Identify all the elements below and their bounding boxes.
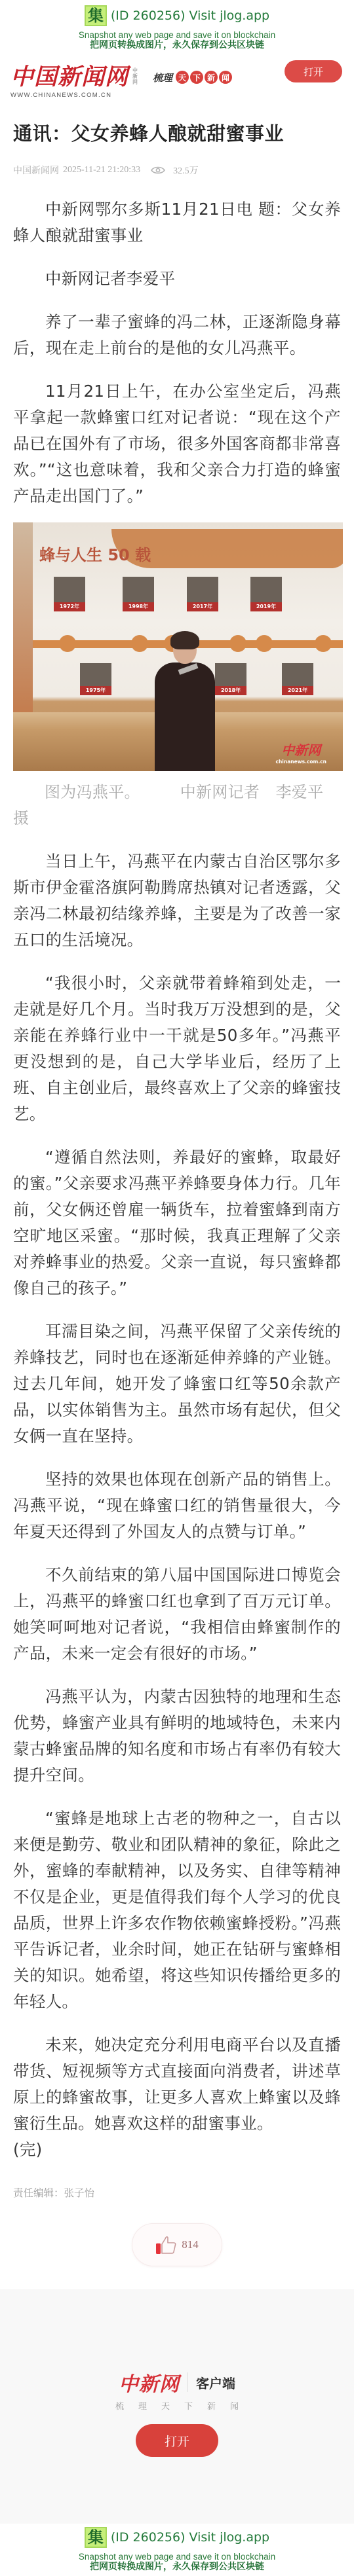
paragraph: “蜜蜂是地球上古老的物种之一，自古以来便是勤劳、敬业和团队精神的象征，除此之外，…: [13, 1805, 341, 2015]
jlog-banner-subtitle-en: Snapshot any web page and save it on blo…: [0, 2552, 354, 2562]
like-count: 814: [182, 2238, 199, 2251]
paragraph: 11月21日上午，在办公室坐定后，冯燕平拿起一款蜂蜜口红对记者说：“现在这个产品…: [13, 378, 341, 509]
open-app-button-header[interactable]: 打开: [285, 60, 342, 82]
paragraph: “我很小时，父亲就带着蜂箱到处走，一走就是好几个月。当时我万万没想到的是，父亲能…: [13, 970, 341, 1127]
jlog-bottom-banner[interactable]: 集 (ID 260256) Visit jlog.app Snapshot an…: [0, 2524, 354, 2576]
jlog-banner-subtitle-cn: 把网页转换成图片，永久保存到公共区块链: [0, 2562, 354, 2573]
jlog-top-banner[interactable]: 集 (ID 260256) Visit jlog.app Snapshot an…: [0, 0, 354, 56]
chinanews-logo[interactable]: 中国新闻网 中 新 网 WWW.CHINANEWS.COM.CN: [10, 65, 138, 99]
app-slogan: 梳 理 天 下 新 闻: [0, 2399, 354, 2412]
article-meta: 中国新闻网 2025-11-21 21:20:33 32.5万: [13, 164, 341, 177]
open-app-button-footer[interactable]: 打开: [136, 2424, 218, 2457]
logo-url: WWW.CHINANEWS.COM.CN: [10, 92, 138, 99]
paragraph: 养了一辈子蜜蜂的冯二林，正逐渐隐身幕后，现在走上前台的是他的女儿冯燕平。: [13, 309, 341, 361]
photo-watermark: 中新网 chinanews.com.cn: [276, 740, 326, 765]
article-source: 中国新闻网: [13, 164, 59, 177]
divider: [187, 2372, 188, 2392]
paragraph: “遵循自然法则，养最好的蜜蜂，取最好的蜜。”父亲要求冯燕平养蜂要身体力行。几年前…: [13, 1144, 341, 1301]
photo-caption: 图为冯燕平。 中新网记者 李爱平 摄: [13, 779, 341, 831]
paragraph: 冯燕平认为，内蒙古因独特的地理和生态优势，蜂蜜产业具有鲜明的地域特色，未来内蒙古…: [13, 1684, 341, 1788]
paragraph: 当日上午，冯燕平在内蒙古自治区鄂尔多斯市伊金霍洛旗阿勒腾席热镇对记者透露，父亲冯…: [13, 848, 341, 953]
site-header: 中国新闻网 中 新 网 WWW.CHINANEWS.COM.CN 梳理 天 下 …: [0, 56, 354, 107]
app-client-label: 客户端: [196, 2373, 235, 2392]
slogan-circle: 闻: [219, 71, 232, 84]
header-slogan: 梳理 天 下 新 闻: [153, 71, 232, 84]
app-logo: 中新网: [119, 2368, 180, 2397]
slogan-script: 梳理: [153, 71, 172, 84]
slogan-circle: 天: [176, 71, 189, 84]
paragraph: 中新网记者李爱平: [13, 266, 341, 292]
eye-icon: [151, 166, 165, 175]
jlog-banner-subtitle-en: Snapshot any web page and save it on blo…: [0, 30, 354, 40]
logo-wordmark: 中国新闻网: [10, 65, 128, 90]
paragraph: 不久前结束的第八届中国国际进口博览会上，冯燕平的蜂蜜口红也拿到了百万元订单。她笑…: [13, 1562, 341, 1667]
view-count: 32.5万: [173, 164, 199, 177]
article-title: 通讯：父女养蜂人酿就甜蜜事业: [13, 120, 341, 147]
like-button[interactable]: 814: [132, 2223, 222, 2266]
jlog-banner-title[interactable]: (ID 260256) Visit jlog.app: [111, 9, 269, 23]
paragraph: 未来，她决定充分利用电商平台以及直播带货、短视频等方式直接面向消费者，讲述草原上…: [13, 2032, 341, 2137]
jlog-banner-subtitle-cn: 把网页转换成图片，永久保存到公共区块链: [0, 40, 354, 51]
article-photo[interactable]: 蜂与人生 50 载 1972年 1998年 2017年 2019年 1975年 …: [13, 522, 343, 771]
logo-side-text: 中 新 网: [132, 67, 138, 85]
photo-wall-heading: 蜂与人生 50 载: [39, 542, 151, 565]
article: 通讯：父女养蜂人酿就甜蜜事业 中国新闻网 2025-11-21 21:20:33…: [0, 120, 354, 2289]
paragraph: 坚持的效果也体现在创新产品的销售上。冯燕平说，“现在蜂蜜口红的销售量很大，今年夏…: [13, 1466, 341, 1545]
app-brand: 中新网 客户端: [0, 2368, 354, 2397]
slogan-circle: 新: [205, 71, 218, 84]
jlog-banner-title[interactable]: (ID 260256) Visit jlog.app: [111, 2530, 269, 2545]
paragraph: 耳濡目染之间，冯燕平保留了父亲传统的养蜂技艺，同时也在逐渐延伸养蜂的产业链。过去…: [13, 1318, 341, 1449]
jlog-logo-icon: 集: [85, 5, 107, 26]
app-download-footer: 中新网 客户端 梳 理 天 下 新 闻 打开: [0, 2289, 354, 2524]
thumbs-up-icon: [155, 2235, 176, 2255]
article-datetime: 2025-11-21 21:20:33: [63, 165, 140, 175]
slogan-circle: 下: [190, 71, 203, 84]
end-mark: (完): [13, 2137, 341, 2163]
paragraph: 中新网鄂尔多斯11月21日电 题：父女养蜂人酿就甜蜜事业: [13, 196, 341, 249]
photo-subject: [152, 634, 218, 771]
jlog-logo-icon: 集: [85, 2527, 107, 2548]
responsible-editor: 责任编辑：张子怡: [13, 2185, 341, 2200]
article-body: 中新网鄂尔多斯11月21日电 题：父女养蜂人酿就甜蜜事业 中新网记者李爱平 养了…: [13, 196, 341, 2163]
